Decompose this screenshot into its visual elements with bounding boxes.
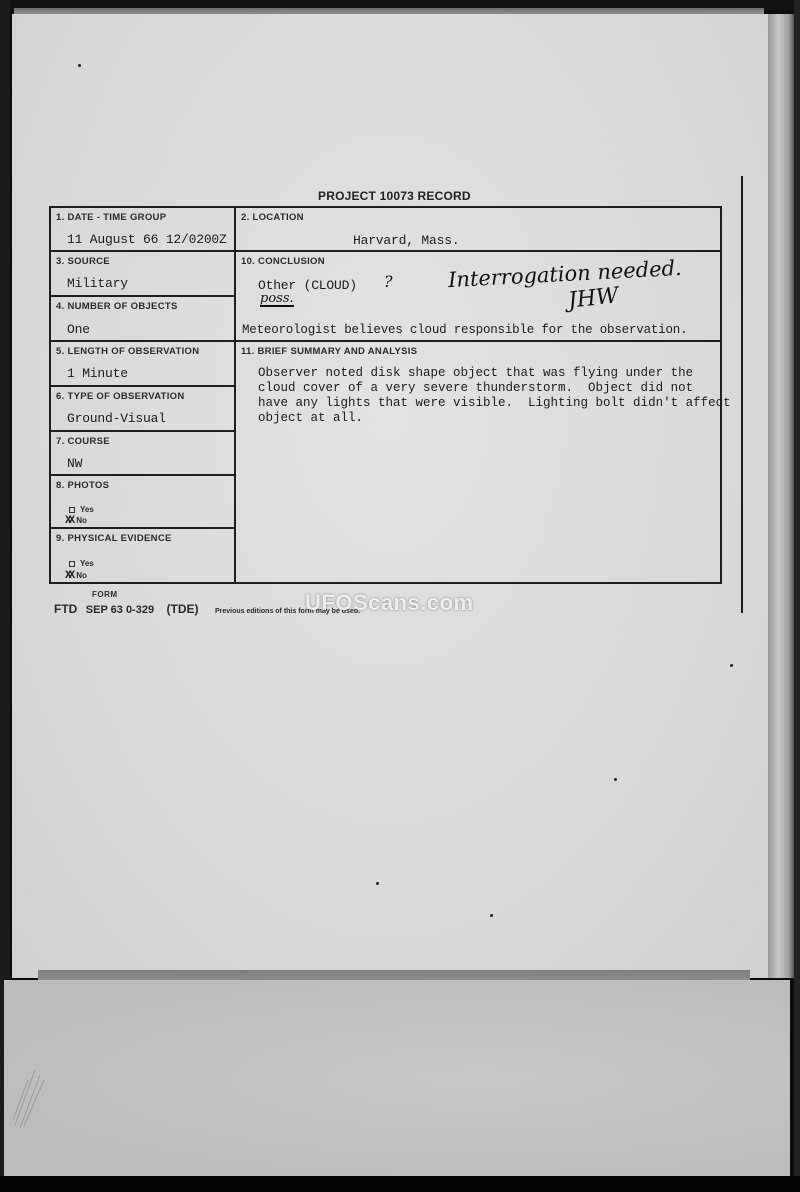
field-value: One <box>67 322 90 337</box>
xx-mark-icon: XX <box>65 515 72 527</box>
field-summary: 11. BRIEF SUMMARY AND ANALYSIS Observer … <box>236 342 720 584</box>
evidence-no-option: XXNo <box>65 570 87 582</box>
xx-mark-icon: XX <box>65 570 72 582</box>
option-label: No <box>76 516 87 525</box>
watermark: UFOScans.com <box>305 590 474 616</box>
field-physical-evidence: 9. PHYSICAL EVIDENCE Yes XXNo <box>51 529 234 584</box>
speck <box>78 64 81 67</box>
record-form: 1. DATE - TIME GROUP 11 August 66 12/020… <box>49 206 722 584</box>
field-value: 1 Minute <box>67 366 128 381</box>
scan-border-right <box>794 0 800 1192</box>
speck <box>614 778 617 781</box>
handwritten-note-poss: poss. <box>260 292 294 307</box>
field-label: 5. LENGTH OF OBSERVATION <box>56 346 199 357</box>
speck <box>730 664 733 667</box>
field-photos: 8. PHOTOS Yes XXNo <box>51 476 234 529</box>
field-label: 9. PHYSICAL EVIDENCE <box>56 533 172 544</box>
photos-yes-option: Yes <box>69 505 94 514</box>
handwritten-question-mark: ? <box>384 272 393 291</box>
field-length-of-observation: 5. LENGTH OF OBSERVATION 1 Minute <box>51 342 234 387</box>
footer-tde: (TDE) <box>167 602 199 616</box>
field-value: 11 August 66 12/0200Z <box>67 232 227 247</box>
field-date-time-group: 1. DATE - TIME GROUP 11 August 66 12/020… <box>51 208 234 252</box>
margin-rule <box>741 176 743 613</box>
option-label: Yes <box>80 559 94 568</box>
field-value: NW <box>67 456 82 471</box>
field-type-of-observation: 6. TYPE OF OBSERVATION Ground-Visual <box>51 387 234 432</box>
field-value: Harvard, Mass. <box>353 233 459 248</box>
field-label: 1. DATE - TIME GROUP <box>56 212 166 223</box>
handwritten-note: Interrogation needed. <box>448 256 683 292</box>
field-conclusion: 10. CONCLUSION Other (CLOUD) ? poss. Int… <box>236 252 720 342</box>
checkbox-empty-icon <box>69 561 75 567</box>
field-label: 8. PHOTOS <box>56 480 109 491</box>
field-label: 4. NUMBER OF OBJECTS <box>56 301 178 312</box>
field-label: 6. TYPE OF OBSERVATION <box>56 391 185 402</box>
underlying-sheet <box>4 980 790 1176</box>
field-label: 10. CONCLUSION <box>241 256 325 267</box>
footer-form-label: FORM <box>92 590 118 599</box>
form-right-column: 2. LOCATION Harvard, Mass. 10. CONCLUSIO… <box>236 208 720 582</box>
conclusion-comment: Meteorologist believes cloud responsible… <box>242 323 687 337</box>
scan-border-bottom <box>0 1176 800 1192</box>
handwritten-initials: JHW <box>567 283 620 313</box>
scratch-marks <box>10 1050 50 1130</box>
speck <box>376 882 379 885</box>
speck <box>490 914 493 917</box>
footer-form-number: SEP 63 0-329 <box>86 604 154 616</box>
option-label: No <box>76 571 87 580</box>
evidence-yes-option: Yes <box>69 559 94 568</box>
checkbox-empty-icon <box>69 507 75 513</box>
field-location: 2. LOCATION Harvard, Mass. <box>236 208 720 252</box>
record-title: PROJECT 10073 RECORD <box>318 189 471 203</box>
footer-ftd: FTD <box>54 602 77 616</box>
field-label: 2. LOCATION <box>241 212 304 223</box>
option-label: Yes <box>80 505 94 514</box>
field-number-of-objects: 4. NUMBER OF OBJECTS One <box>51 297 234 342</box>
field-source: 3. SOURCE Military <box>51 252 234 297</box>
form-left-column: 1. DATE - TIME GROUP 11 August 66 12/020… <box>51 208 236 582</box>
summary-text: Observer noted disk shape object that wa… <box>258 366 728 426</box>
field-label: 3. SOURCE <box>56 256 110 267</box>
field-label: 11. BRIEF SUMMARY AND ANALYSIS <box>241 346 417 357</box>
field-label: 7. COURSE <box>56 436 110 447</box>
field-value: Military <box>67 276 128 291</box>
photos-no-option: XXNo <box>65 515 87 527</box>
field-course: 7. COURSE NW <box>51 432 234 476</box>
field-value: Ground-Visual <box>67 411 166 426</box>
scan-shadow-right <box>768 14 794 978</box>
